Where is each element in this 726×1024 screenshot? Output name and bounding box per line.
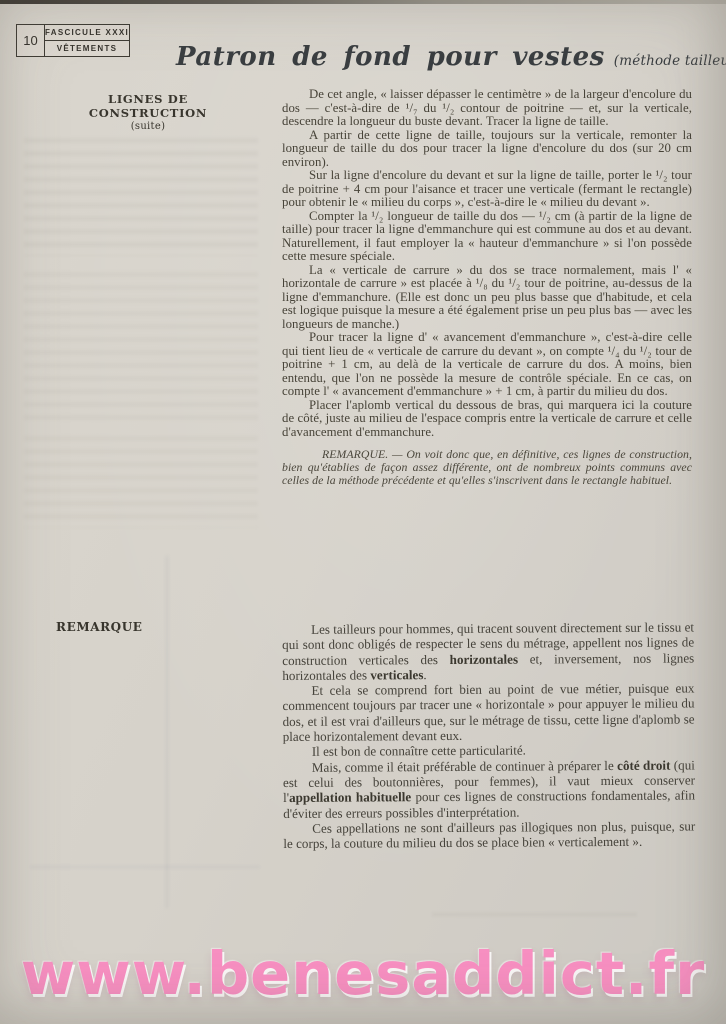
bleed-through-text [24,272,258,424]
paragraph-segment-bold: côté droit [617,757,670,772]
vetements-label: VÊTEMENTS [45,41,129,56]
section-heading-remarque: REMARQUE [56,620,143,634]
paragraph: Ces appellations ne sont d'ailleurs pas … [283,818,695,851]
bleed-through-text [24,138,258,256]
fascicule-label: FASCICULE XXXI [45,25,129,41]
construction-heading-sub: (suite) [48,121,248,132]
paragraph: Mais, comme il était préférable de conti… [283,757,695,821]
paragraph-segment-bold: verticales [370,667,423,682]
section-heading-construction: LIGNES DE CONSTRUCTION (suite) [48,92,248,132]
header-box-labels: FASCICULE XXXI VÊTEMENTS [45,25,129,56]
bleed-through-diagram-line [166,556,168,908]
paragraph-segment-bold: appellation habituelle [289,789,411,805]
bleed-through-text [24,436,258,528]
page-title-main: Patron de fond pour vestes [176,42,605,72]
paragraph-segment-bold: horizontales [450,651,518,666]
paragraph: Les tailleurs pour hommes, qui tracent s… [282,619,694,683]
paragraph: De cet angle, « laisser dépasser le cent… [282,88,692,129]
scanned-document-page: 10 FASCICULE XXXI VÊTEMENTS Patron de fo… [0,0,726,1024]
paragraph: Placer l'aplomb vertical du dessous de b… [282,399,692,440]
construction-text-column: De cet angle, « laisser dépasser le cent… [282,88,692,488]
remarque-text-column: Les tailleurs pour hommes, qui tracent s… [282,619,695,851]
bleed-through-text [432,912,637,923]
paragraph: Et cela se comprend fort bien au point d… [282,681,694,745]
watermark: www.benesaddict.fr [0,939,726,1008]
paragraph: Sur la ligne d'encolure du devant et sur… [282,169,692,210]
page-number: 10 [17,25,45,56]
page-top-edge [0,0,726,4]
paragraph-segment: . [423,667,426,682]
page-title-suffix: (méthode tailleur, suite) [614,53,726,69]
paragraph: A partir de cette ligne de taille, toujo… [282,129,692,170]
remark-paragraph: REMARQUE. — On voit donc que, en définit… [282,448,692,488]
page-title: Patron de fond pour vestes (méthode tail… [176,42,726,72]
header-box: 10 FASCICULE XXXI VÊTEMENTS [16,24,130,57]
paragraph: Compter la ¹/₂ longueur de taille du dos… [282,210,692,264]
paragraph-segment: Mais, comme il était préférable de conti… [312,758,617,775]
paragraph: Pour tracer la ligne d' « avancement d'e… [282,331,692,399]
bleed-through-diagram-line [30,866,260,868]
construction-heading-text: LIGNES DE CONSTRUCTION [48,92,248,120]
paragraph: La « verticale de carrure » du dos se tr… [282,264,692,332]
